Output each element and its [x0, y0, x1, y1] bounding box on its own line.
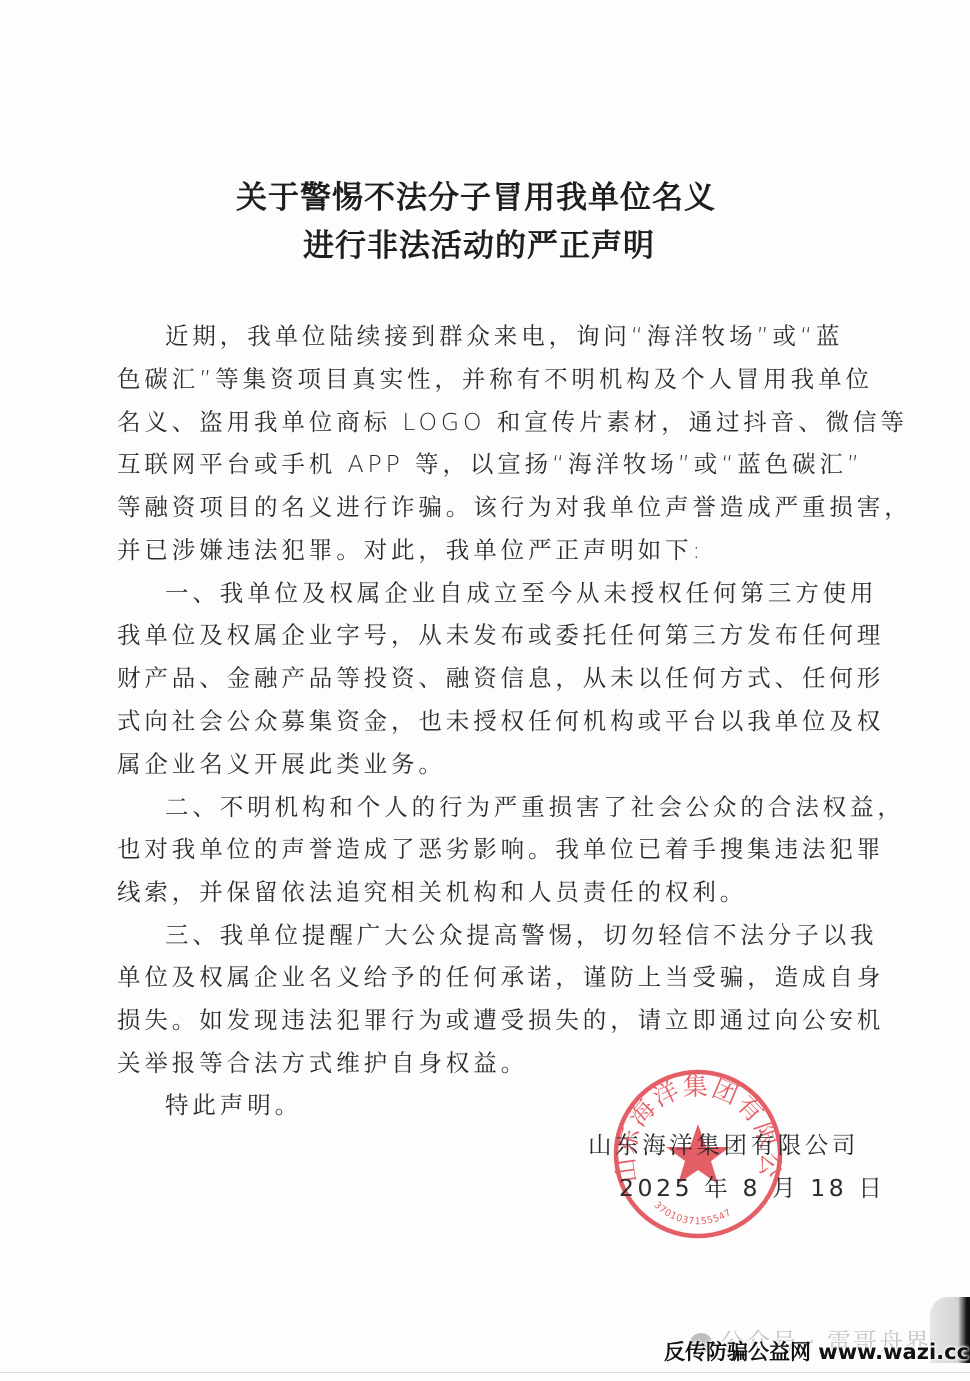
body-line: 并已涉嫌违法犯罪。对此，我单位严正声明如下:: [117, 535, 847, 565]
clause-1-line: 一、我单位及权属企业自成立至今从未授权任何第三方使用: [165, 578, 895, 608]
clause-1-line: 财产品、金融产品等投资、融资信息，从未以任何方式、任何形: [117, 663, 847, 693]
clause-2-line: 二、不明机构和个人的行为严重损害了社会公众的合法权益，: [165, 792, 895, 822]
signature-date: 2025 年 8 月 18 日: [619, 1173, 886, 1203]
body-line: 互联网平台或手机 APP 等，以宣扬“海洋牧场”或“蓝色碳汇”: [117, 449, 847, 479]
document-title-line-2: 进行非法活动的严正声明: [0, 220, 964, 265]
clause-2-line: 线索，并保留依法追究相关机构和人员责任的权利。: [117, 877, 847, 907]
site-watermark: 反传防骗公益网 www.wazi.cc: [664, 1336, 969, 1366]
body-line: 近期，我单位陆续接到群众来电，询问“海洋牧场”或“蓝: [165, 321, 895, 351]
document-title-line-1: 关于警惕不法分子冒用我单位名义: [0, 172, 961, 217]
bottom-divider: [0, 1372, 970, 1373]
clause-1-line: 式向社会公众募集资金，也未授权任何机构或平台以我单位及权: [117, 706, 847, 736]
body-line: 色碳汇”等集资项目真实性，并称有不明机构及个人冒用我单位: [117, 364, 847, 394]
document-page: 关于警惕不法分子冒用我单位名义 进行非法活动的严正声明 近期，我单位陆续接到群众…: [0, 0, 970, 1381]
body-line: 等融资项目的名义进行诈骗。该行为对我单位声誉造成严重损害，: [117, 492, 847, 522]
signature-organization: 山东海洋集团有限公司: [588, 1130, 859, 1160]
clause-1-line: 属企业名义开展此类业务。: [117, 749, 847, 779]
svg-text:3701037155547: 3701037155547: [652, 1200, 734, 1227]
closing-statement: 特此声明。: [165, 1090, 895, 1120]
clause-2-line: 也对我单位的声誉造成了恶劣影响。我单位已着手搜集违法犯罪: [117, 834, 847, 864]
clause-3-line: 三、我单位提醒广大公众提高警惕，切勿轻信不法分子以我: [165, 920, 895, 950]
clause-1-line: 我单位及权属企业字号，从未发布或委托任何第三方发布任何理: [117, 620, 847, 650]
clause-3-line: 损失。如发现违法犯罪行为或遭受损失的，请立即通过向公安机: [117, 1005, 847, 1035]
clause-3-line: 单位及权属企业名义给予的任何承诺，谨防上当受骗，造成自身: [117, 962, 847, 992]
body-line: 名义、盗用我单位商标 LOGO 和宣传片素材，通过抖音、微信等: [117, 407, 847, 437]
